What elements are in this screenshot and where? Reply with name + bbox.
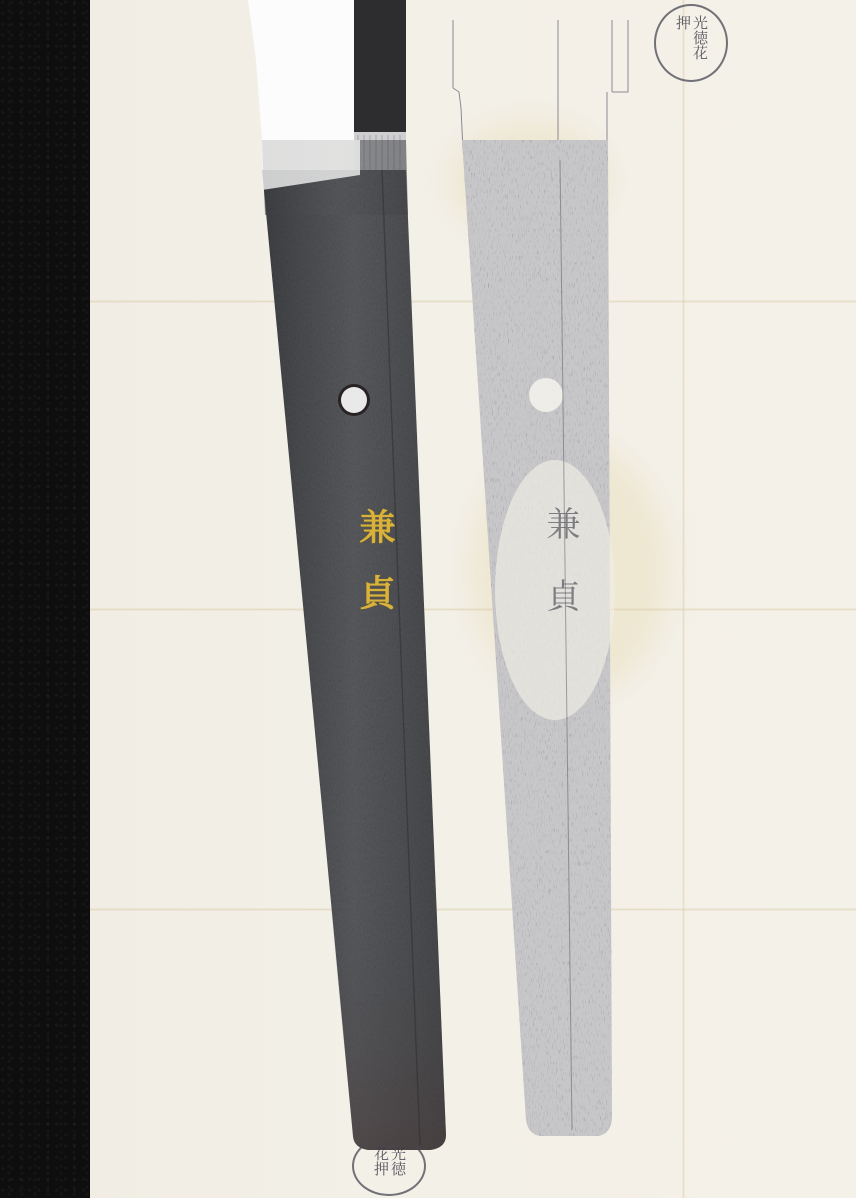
appraiser-seal-bottom: 光徳花押 (352, 1136, 426, 1196)
rubbing-signature: 兼貞 (536, 506, 585, 650)
gold-inlay-signature: 兼貞 (350, 508, 401, 640)
appraiser-seal-top: 光徳花押 (654, 4, 728, 82)
tang-illustration (0, 0, 856, 1198)
tang-photo (248, 0, 446, 1150)
